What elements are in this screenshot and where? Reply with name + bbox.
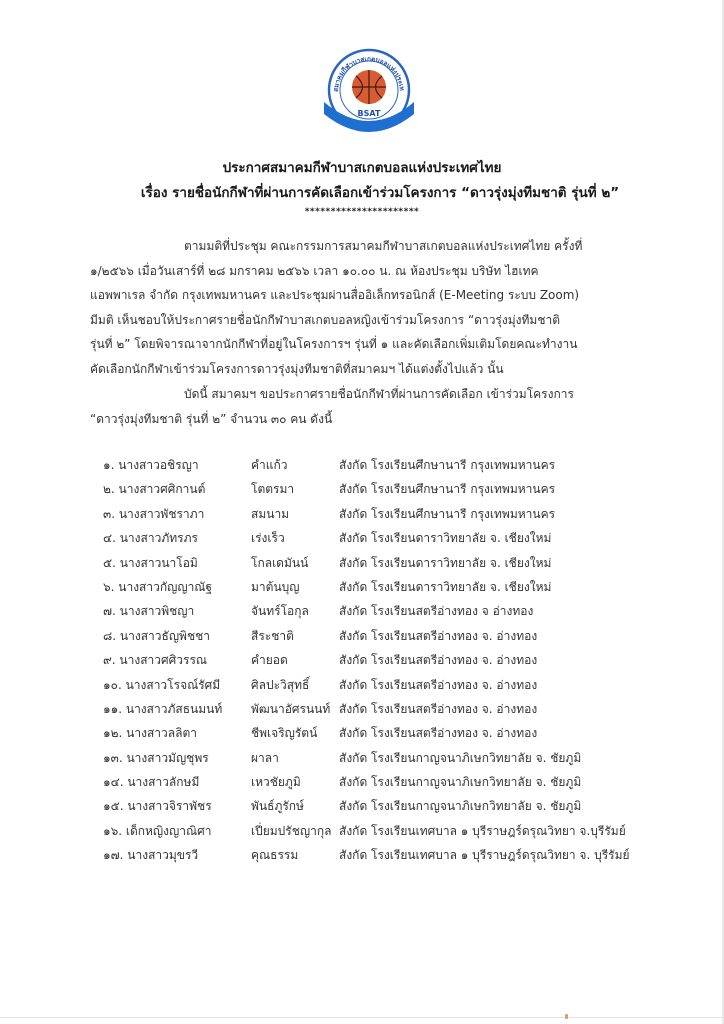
- list-item: ๕. นางสาวนาโอมิโกลเดมันน์สังกัด โรงเรียน…: [103, 554, 643, 578]
- list-item: ๓. นางสาวพัชราภาสมนามสังกัด โรงเรียนศึกษ…: [103, 505, 643, 529]
- list-item: ๔. นางสาวภัทรภรเร่งเร็วสังกัด โรงเรียนดา…: [103, 529, 643, 553]
- athlete-surname: โกลเดมันน์: [251, 554, 308, 573]
- paragraph-resolution: ตามมติที่ประชุม คณะกรรมการสมาคมกีฬาบาสเก…: [90, 234, 630, 382]
- athlete-name: ๓. นางสาวพัชราภา: [103, 505, 204, 524]
- athlete-school: สังกัด โรงเรียนศึกษานารี กรุงเทพมหานคร: [339, 456, 555, 475]
- athlete-surname: ชีพเจริญรัตน์: [251, 724, 317, 743]
- athlete-name: ๑๔. นางสาวลักษมี: [103, 773, 199, 792]
- athlete-name: ๗. นางสาวพิชญา: [103, 602, 194, 621]
- athlete-name: ๑๕. นางสาวจิราพัชร: [103, 797, 212, 816]
- athlete-surname: ผาลา: [251, 749, 279, 768]
- document-page: สมาคมกีฬาบาสเกตบอลแห่งประเทศไทย BSAT ประ…: [0, 0, 724, 1024]
- athlete-name: ๑๗. นางสาวมุขรวี: [103, 846, 198, 865]
- list-item: ๑. นางสาวอชิรญาคำแก้วสังกัด โรงเรียนศึกษ…: [103, 456, 643, 480]
- separator: **********************: [0, 207, 724, 217]
- paragraph-line: คัดเลือกนักกีฬาเข้าร่วมโครงการดาวรุ่งมุ่…: [90, 357, 630, 382]
- paragraph-line: ตามมติที่ประชุม คณะกรรมการสมาคมกีฬาบาสเก…: [90, 234, 630, 259]
- list-item: ๑๔. นางสาวลักษมีเหวชัยภูมิสังกัด โรงเรีย…: [103, 773, 643, 797]
- athlete-name: ๔. นางสาวภัทรภร: [103, 529, 198, 548]
- athlete-school: สังกัด โรงเรียนศึกษานารี กรุงเทพมหานคร: [339, 505, 555, 524]
- athlete-school: สังกัด โรงเรียนสตรีอ่างทอง จ. อ่างทอง: [339, 627, 537, 646]
- list-item: ๑๖. เด็กหญิงญาณิศาเปี่ยมปรัชญากุลสังกัด …: [103, 822, 643, 846]
- athlete-school: สังกัด โรงเรียนเทศบาล ๑ บุรีราษฎร์ดรุณวิ…: [339, 846, 630, 865]
- athlete-school: สังกัด โรงเรียนดาราวิทยาลัย จ. เชียงใหม่: [339, 554, 551, 573]
- paragraph-line: ๑/๒๕๖๖ เมื่อวันเสาร์ที่ ๒๘ มกราคม ๒๕๖๖ เ…: [90, 259, 630, 284]
- athlete-school: สังกัด โรงเรียนสตรีอ่างทอง จ อ่างทอง: [339, 602, 533, 621]
- athlete-name: ๒. นางสาวศศิกานต์: [103, 480, 205, 499]
- athlete-school: สังกัด โรงเรียนกาญจนาภิเษกวิทยาลัย จ. ชั…: [339, 773, 581, 792]
- athlete-name: ๑๐. นางสาวโรจณ์รัศมี: [103, 676, 220, 695]
- list-item: ๑๕. นางสาวจิราพัชรพันธ์ภูรักษ์สังกัด โรง…: [103, 797, 643, 821]
- announcement-subject: เรื่อง รายชื่อนักกีฬาที่ผ่านการคัดเลือกเ…: [18, 181, 724, 203]
- athlete-school: สังกัด โรงเรียนกาญจนาภิเษกวิทยาลัย จ. ชั…: [339, 797, 581, 816]
- athlete-school: สังกัด โรงเรียนเทศบาล ๑ บุรีราษฎร์ดรุณวิ…: [339, 822, 626, 841]
- athlete-surname: โตตรมา: [251, 480, 294, 499]
- athlete-surname: คำแก้ว: [251, 456, 288, 475]
- athlete-school: สังกัด โรงเรียนกาญจนาภิเษกวิทยาลัย จ. ชั…: [339, 749, 581, 768]
- scan-edge: [0, 1017, 724, 1018]
- athlete-surname: สีระชาติ: [251, 627, 294, 646]
- athlete-surname: เร่งเร็ว: [251, 529, 285, 548]
- athlete-school: สังกัด โรงเรียนสตรีอ่างทอง จ. อ่างทอง: [339, 651, 537, 670]
- athlete-surname: จันทร์โอกุล: [251, 602, 309, 621]
- athlete-school: สังกัด โรงเรียนสตรีอ่างทอง จ. อ่างทอง: [339, 676, 537, 695]
- athlete-name: ๕. นางสาวนาโอมิ: [103, 554, 198, 573]
- list-item: ๑๗. นางสาวมุขรวีคุณธรรมสังกัด โรงเรียนเท…: [103, 846, 643, 870]
- list-item: ๖. นางสาวกัญญาณัฐมาต้นบุญสังกัด โรงเรียน…: [103, 578, 643, 602]
- athlete-name: ๑๑. นางสาวภัสธนมนท์: [103, 700, 222, 719]
- athlete-name: ๑. นางสาวอชิรญา: [103, 456, 199, 475]
- athlete-school: สังกัด โรงเรียนสตรีอ่างทอง จ. อ่างทอง: [339, 724, 537, 743]
- list-item: ๑๓. นางสาวมัญชุพรผาลาสังกัด โรงเรียนกาญจ…: [103, 749, 643, 773]
- athlete-surname: เปี่ยมปรัชญากุล: [251, 822, 331, 841]
- paragraph-line: แอพพาเรล จำกัด กรุงเทพมหานคร และประชุมผ่…: [90, 283, 630, 308]
- bsat-logo-icon: สมาคมกีฬาบาสเกตบอลแห่งประเทศไทย BSAT: [318, 40, 420, 142]
- athlete-surname: พันธ์ภูรักษ์: [251, 797, 304, 816]
- list-item: ๑๐. นางสาวโรจณ์รัศมีศิลปะวิสุทธิ์สังกัด …: [103, 676, 643, 700]
- athlete-name: ๖. นางสาวกัญญาณัฐ: [103, 578, 212, 597]
- athlete-surname: คำยอด: [251, 651, 288, 670]
- athlete-school: สังกัด โรงเรียนศึกษานารี กรุงเทพมหานคร: [339, 480, 555, 499]
- athlete-name: ๙. นางสาวศศิวรรณ: [103, 651, 207, 670]
- list-item: ๘. นางสาวธัญพิชชาสีระชาติสังกัด โรงเรียน…: [103, 627, 643, 651]
- paragraph-line: บัดนี้ สมาคมฯ ขอประกาศรายชื่อนักกีฬาที่ผ…: [90, 382, 630, 407]
- athlete-school: สังกัด โรงเรียนสตรีอ่างทอง จ. อ่างทอง: [339, 700, 537, 719]
- athlete-surname: ศิลปะวิสุทธิ์: [251, 676, 309, 695]
- scan-speck: [565, 1014, 568, 1019]
- list-item: ๗. นางสาวพิชญาจันทร์โอกุลสังกัด โรงเรียน…: [103, 602, 643, 626]
- athlete-school: สังกัด โรงเรียนดาราวิทยาลัย จ. เชียงใหม่: [339, 529, 551, 548]
- athlete-name: ๑๓. นางสาวมัญชุพร: [103, 749, 209, 768]
- announcement-title: ประกาศสมาคมกีฬาบาสเกตบอลแห่งประเทศไทย: [0, 156, 724, 178]
- athlete-name: ๑๒. นางสาวลลิตา: [103, 724, 197, 743]
- athlete-surname: พัฒนาอัศรนนท์: [251, 700, 330, 719]
- athlete-name: ๑๖. เด็กหญิงญาณิศา: [103, 822, 211, 841]
- paragraph-line: “ดาวรุ่งมุ่งทีมชาติ รุ่นที่ ๒” จำนวน ๓๐ …: [90, 407, 630, 432]
- athlete-surname: สมนาม: [251, 505, 289, 524]
- athlete-name: ๘. นางสาวธัญพิชชา: [103, 627, 210, 646]
- list-item: ๒. นางสาวศศิกานต์โตตรมาสังกัด โรงเรียนศึ…: [103, 480, 643, 504]
- list-item: ๑๒. นางสาวลลิตาชีพเจริญรัตน์สังกัด โรงเร…: [103, 724, 643, 748]
- paragraph-line: มีมติ เห็นชอบให้ประกาศรายชื่อนักกีฬาบาสเ…: [90, 308, 630, 333]
- athlete-list: ๑. นางสาวอชิรญาคำแก้วสังกัด โรงเรียนศึกษ…: [103, 456, 643, 871]
- list-item: ๙. นางสาวศศิวรรณคำยอดสังกัด โรงเรียนสตรี…: [103, 651, 643, 675]
- svg-text:BSAT: BSAT: [358, 109, 381, 118]
- athlete-surname: เหวชัยภูมิ: [251, 773, 301, 792]
- list-item: ๑๑. นางสาวภัสธนมนท์พัฒนาอัศรนนท์สังกัด โ…: [103, 700, 643, 724]
- paragraph-line: รุ่นที่ ๒” โดยพิจารณาจากนักกีฬาที่อยู่ใน…: [90, 332, 630, 357]
- paragraph-announcement: บัดนี้ สมาคมฯ ขอประกาศรายชื่อนักกีฬาที่ผ…: [90, 382, 630, 431]
- athlete-surname: คุณธรรม: [251, 846, 298, 865]
- athlete-surname: มาต้นบุญ: [251, 578, 300, 597]
- athlete-school: สังกัด โรงเรียนดาราวิทยาลัย จ. เชียงใหม่: [339, 578, 551, 597]
